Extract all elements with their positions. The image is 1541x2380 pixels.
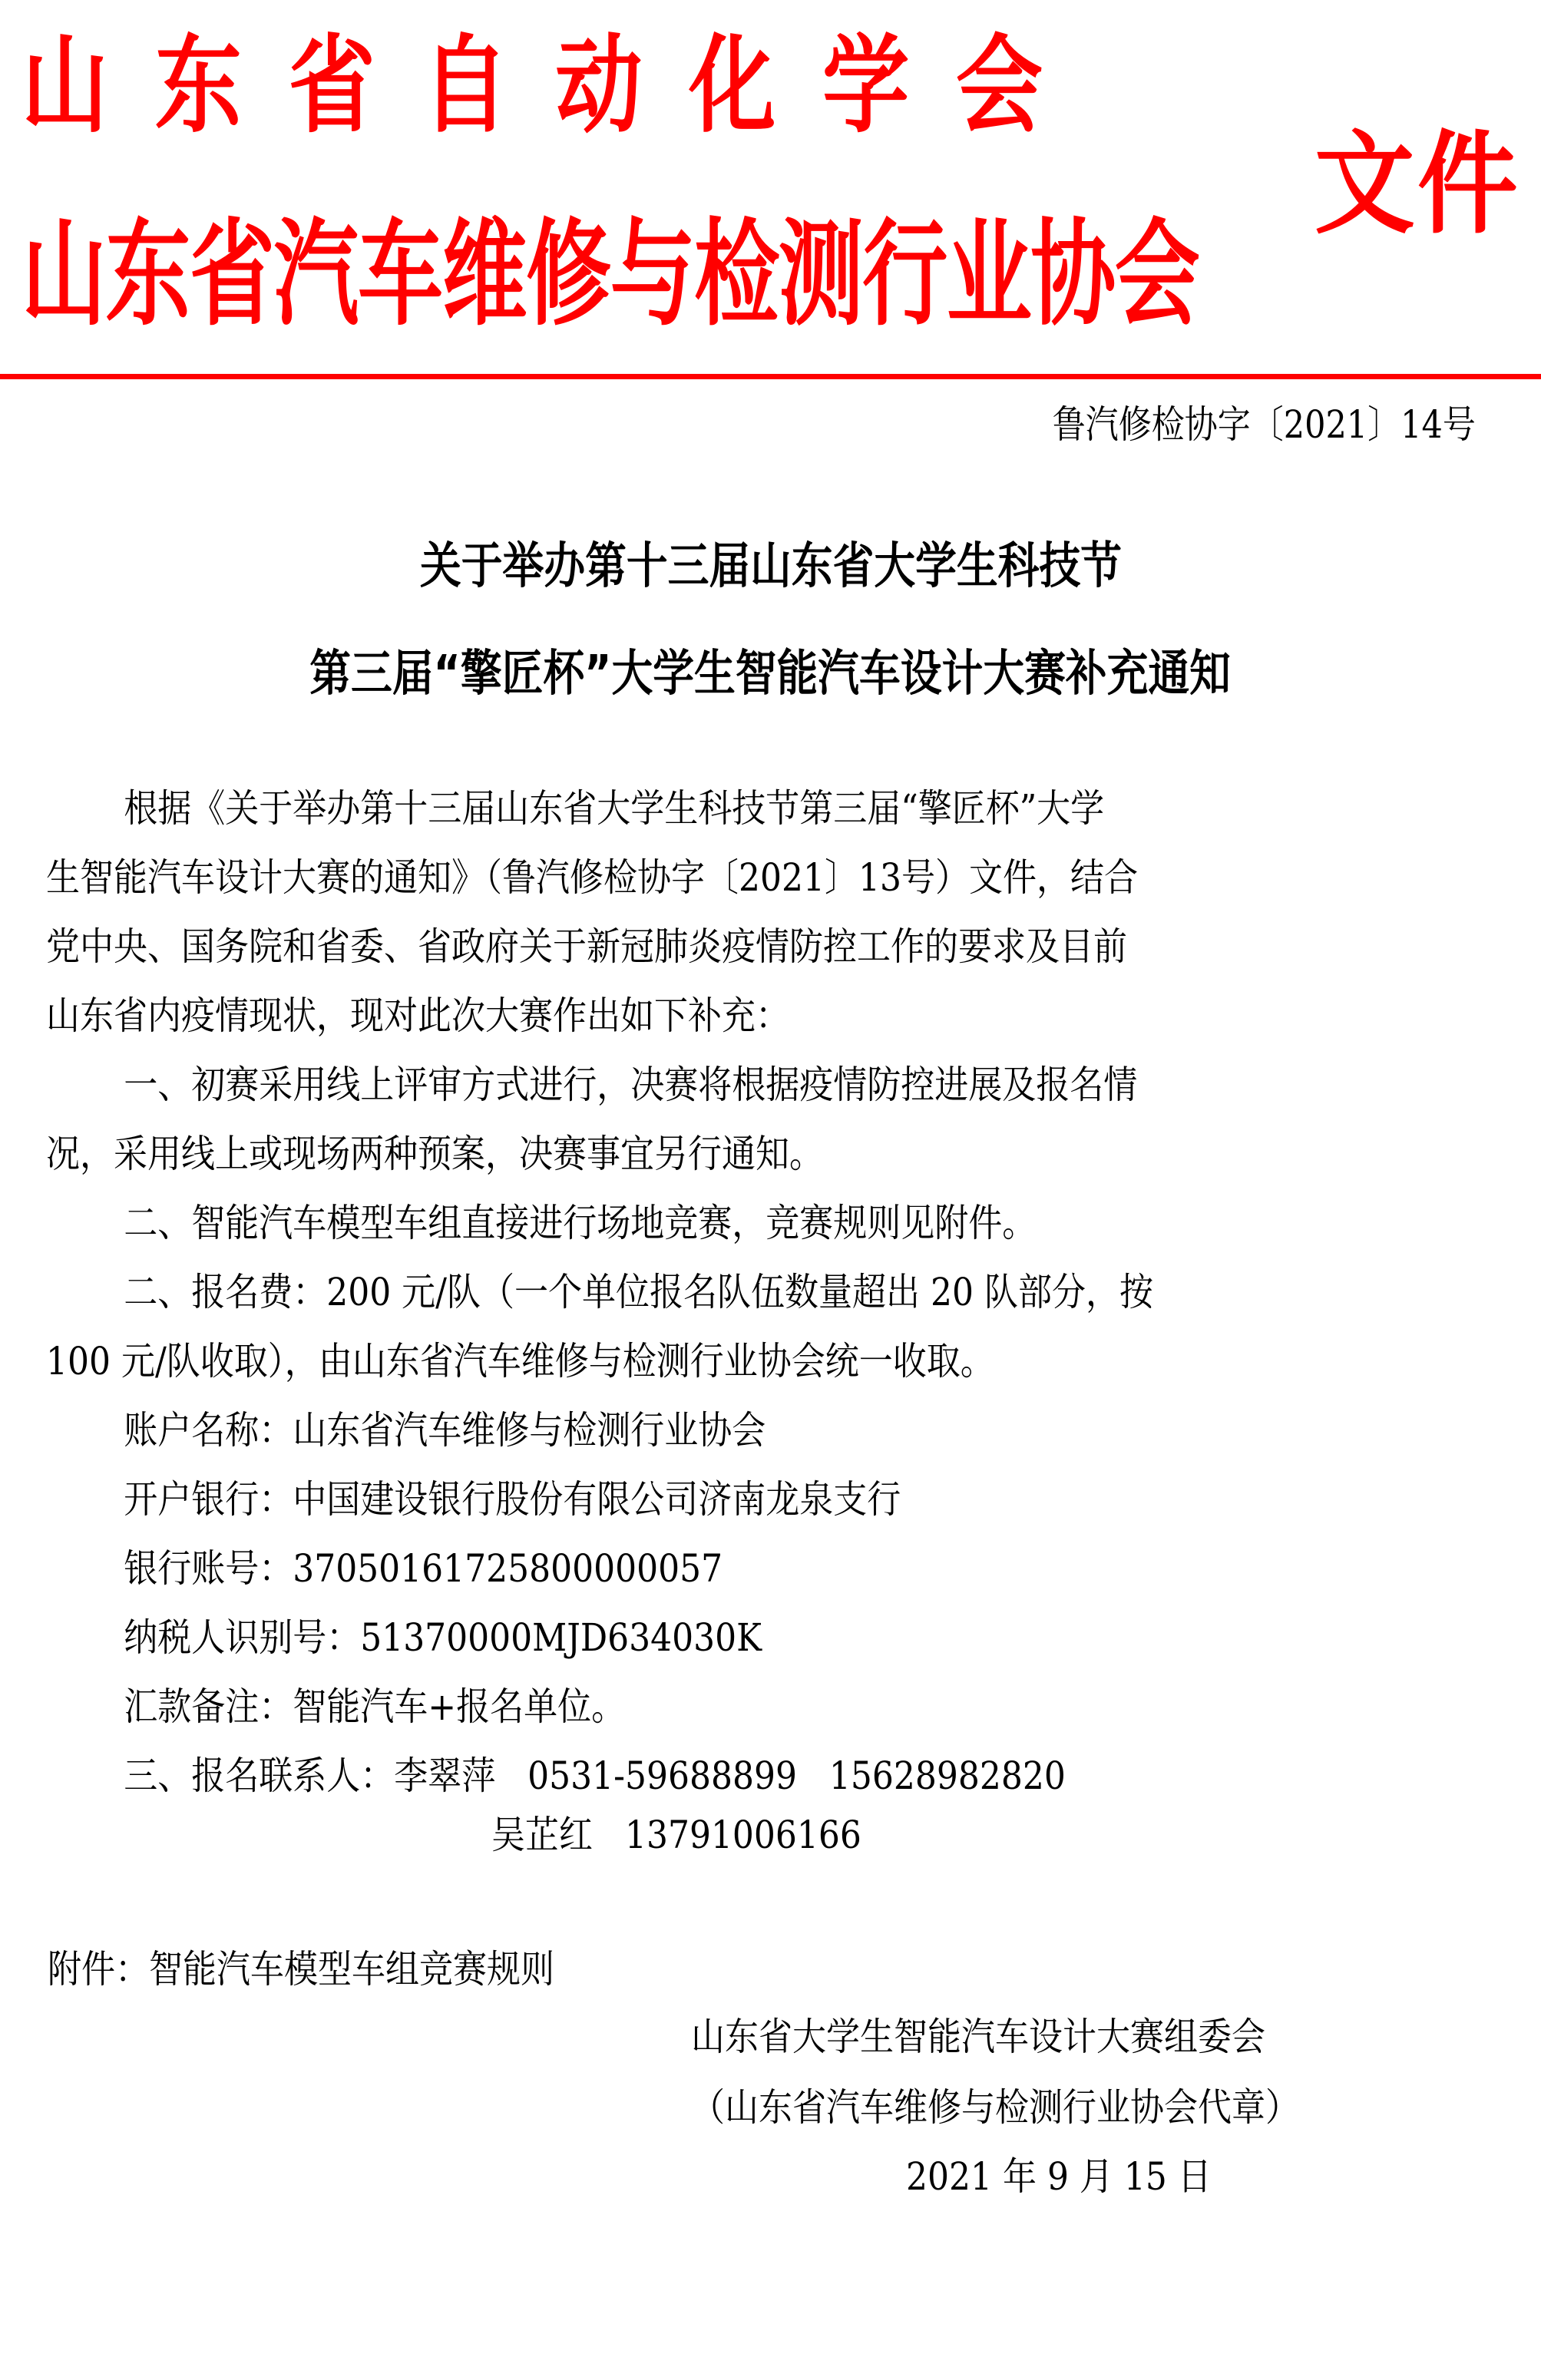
item-2: 二、智能汽车模型车组直接进行场地竞赛，竞赛规则见附件。 bbox=[46, 1188, 1323, 1258]
title-line-2-text: 第三届“擎匠杯”大学生智能汽车设计大赛补充通知 bbox=[310, 650, 1232, 699]
item-3-line: 100 元/队收取），由山东省汽车维修与检测行业协会统一收取。 bbox=[46, 1327, 1323, 1396]
contacts-label: 三、报名联系人： bbox=[124, 1754, 394, 1798]
remittance-note-row: 汇款备注：智能汽车+报名单位。 bbox=[46, 1672, 1323, 1741]
account-number-value: 37050161725800000057 bbox=[293, 1546, 723, 1591]
attachment-line: 附件：智能汽车模型车组竞赛规则 bbox=[48, 1935, 554, 2004]
bank-row: 开户银行：中国建设银行股份有限公司济南龙泉支行 bbox=[46, 1465, 1323, 1534]
account-number-label: 银行账号： bbox=[124, 1546, 293, 1591]
letterhead-suffix: 文件 bbox=[1314, 129, 1520, 240]
document-number: 鲁汽修检协字〔2021〕14号 bbox=[1053, 405, 1476, 444]
bank-label: 开户银行： bbox=[124, 1477, 293, 1522]
tax-id-value: 51370000MJD634030K bbox=[360, 1615, 762, 1660]
contact-phone: 0531-59688899 bbox=[527, 1754, 797, 1798]
letterhead-org-2: 山东省汽车维修与检测行业协会 bbox=[21, 217, 1199, 332]
signature-date: 2021 年 9 月 15 日 bbox=[906, 2142, 1212, 2211]
red-divider-line bbox=[0, 374, 1541, 379]
intro-line: 根据《关于举办第十三届山东省大学生科技节第三届“擎匠杯”大学 bbox=[46, 774, 1323, 843]
contact-row-2: 吴芷红 13791006166 bbox=[491, 1800, 861, 1869]
remittance-note-value: 智能汽车+报名单位。 bbox=[293, 1684, 625, 1729]
title-line-1-text: 关于举办第十三届山东省大学生科技节 bbox=[420, 542, 1122, 591]
item-1-line: 况，采用线上或现场两种预案，决赛事宜另行通知。 bbox=[46, 1119, 1323, 1188]
contact-name: 李翠萍 bbox=[394, 1754, 495, 1798]
intro-line: 生智能汽车设计大赛的通知》（鲁汽修检协字〔2021〕13号）文件，结合 bbox=[46, 843, 1323, 912]
account-name-value: 山东省汽车维修与检测行业协会 bbox=[293, 1408, 766, 1453]
account-number-row: 银行账号：37050161725800000057 bbox=[46, 1534, 1323, 1603]
contact-mobile: 15628982820 bbox=[829, 1754, 1066, 1798]
signature-org: 山东省大学生智能汽车设计大赛组委会 bbox=[691, 2002, 1265, 2071]
title-line-1: 关于举办第十三届山东省大学生科技节 bbox=[0, 542, 1541, 591]
account-name-row: 账户名称：山东省汽车维修与检测行业协会 bbox=[46, 1396, 1323, 1465]
letterhead-org-1: 山东省自动化学会 bbox=[21, 32, 1090, 138]
bank-value: 中国建设银行股份有限公司济南龙泉支行 bbox=[293, 1477, 901, 1522]
item-1-line: 一、初赛采用线上评审方式进行，决赛将根据疫情防控进展及报名情 bbox=[46, 1050, 1323, 1119]
contact-mobile: 13791006166 bbox=[625, 1813, 861, 1857]
signature-seal-note: （山东省汽车维修与检测行业协会代章） bbox=[691, 2073, 1299, 2142]
item-3-line: 二、报名费：200 元/队（一个单位报名队伍数量超出 20 队部分，按 bbox=[46, 1258, 1323, 1327]
document-body: 根据《关于举办第十三届山东省大学生科技节第三届“擎匠杯”大学 生智能汽车设计大赛… bbox=[46, 774, 1497, 1810]
intro-line: 山东省内疫情现状，现对此次大赛作出如下补充： bbox=[46, 981, 1323, 1050]
contact-name: 吴芷红 bbox=[491, 1813, 593, 1857]
account-name-label: 账户名称： bbox=[124, 1408, 293, 1453]
intro-line: 党中央、国务院和省委、省政府关于新冠肺炎疫情防控工作的要求及目前 bbox=[46, 912, 1323, 981]
tax-id-row: 纳税人识别号：51370000MJD634030K bbox=[46, 1603, 1323, 1672]
tax-id-label: 纳税人识别号： bbox=[124, 1615, 360, 1660]
remittance-note-label: 汇款备注： bbox=[124, 1684, 293, 1729]
title-line-2: 第三届“擎匠杯”大学生智能汽车设计大赛补充通知 bbox=[0, 650, 1541, 699]
